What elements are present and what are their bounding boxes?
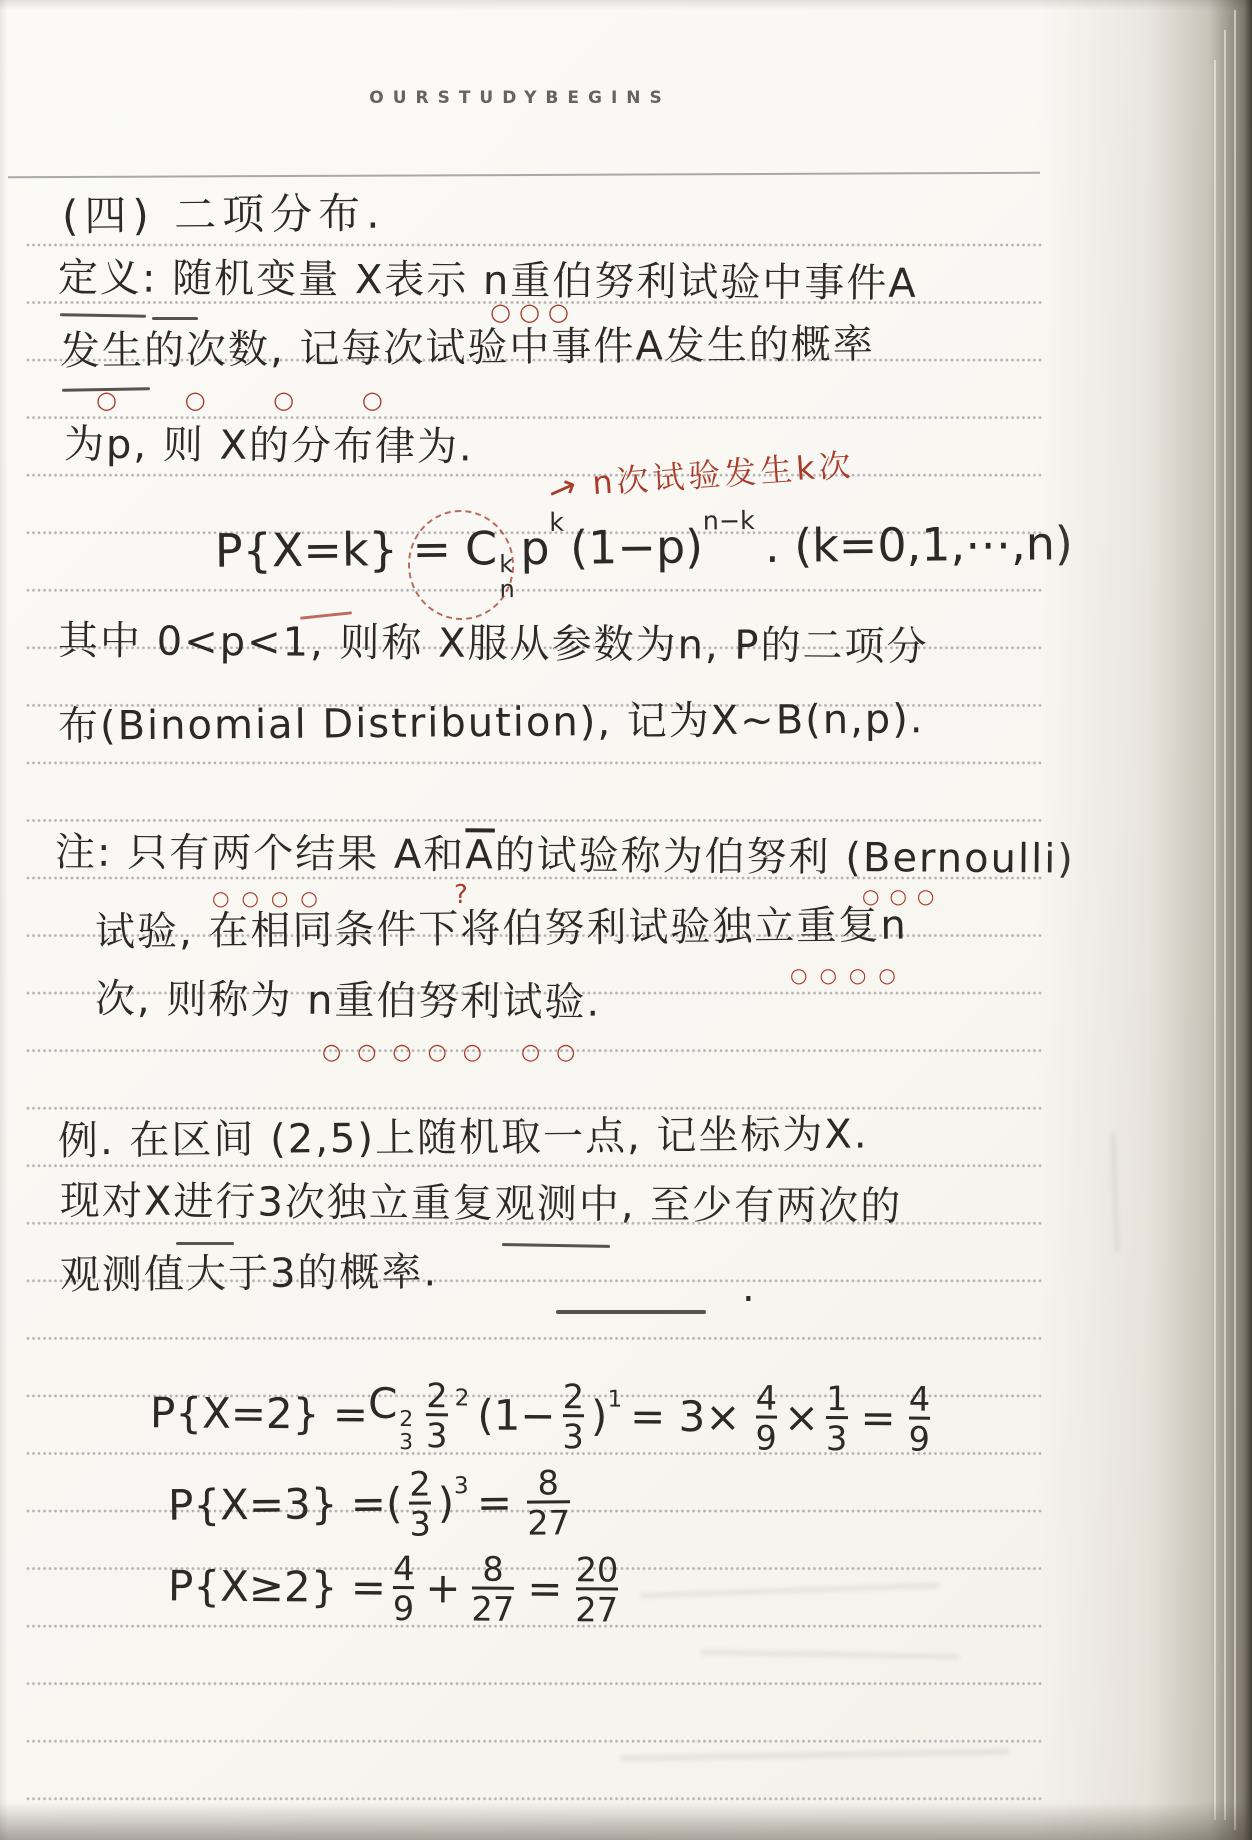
calc-line-px3: P{X=3} = ( 23 )3 = 827 — [168, 1466, 577, 1543]
red-circle-marks: ○○○○○ ○○ — [322, 1042, 591, 1064]
q-power: (1−p)n−k — [570, 517, 755, 578]
header-rule-line — [8, 172, 1040, 179]
binomial-pmf-formula: P{X=k} = Ckn pk (1−p)n−k . (k=0,1,⋯,n) — [215, 514, 1074, 605]
page-edge-line — [1234, 10, 1236, 1830]
fraction: 13 — [826, 1382, 848, 1455]
fraction: 827 — [471, 1553, 514, 1626]
remark-line-1: 注: 只有两个结果 A和A的试验称为伯努利 (Bernoulli) — [55, 826, 1075, 885]
fraction: 2027 — [575, 1553, 618, 1626]
fraction: 49 — [755, 1382, 777, 1455]
fraction: 49 — [908, 1383, 930, 1456]
hand-underline — [152, 317, 198, 320]
definition-line-1: 定义: 随机变量 X表示 n重伯努利试验中事件A — [58, 252, 918, 310]
remark-line-2: 试验, 在相同条件下将伯努利试验独立重复n — [95, 899, 908, 958]
body-line-2: 布(Binomial Distribution), 记为X~B(n,p). — [58, 693, 925, 753]
red-circle-marks: ○ ○ ○ ○ — [96, 388, 413, 412]
example-line-2: 现对X进行3次独立重复观测中, 至少有两次的 — [60, 1175, 903, 1233]
notebook-brand-header: OURSTUDYBEGINS — [0, 88, 1040, 108]
definition-line-3: 为p, 则 X的分布律为. — [64, 419, 474, 474]
formula-domain: . (k=0,1,⋯,n) — [765, 514, 1073, 576]
calc-line-px2: P{X=2} = C23 232 (1− 23 )1 = 3× 49 × 13 … — [150, 1375, 938, 1458]
combination-symbol: C23 — [368, 1377, 420, 1455]
red-circle-marks: ○○○○ — [790, 965, 908, 985]
top-edge-shadow — [0, 0, 1252, 10]
calc-line-pge2: P{X≥2} = 49 + 827 = 2027 — [168, 1550, 626, 1626]
section-title: (四) 二项分布. — [62, 187, 386, 244]
answer-blank-line — [556, 1310, 706, 1314]
fraction: 49 — [393, 1552, 415, 1625]
page-edge-shadow — [1037, 0, 1252, 1840]
example-line-3: 观测值大于3的概率. — [60, 1246, 439, 1301]
trailing-period: . — [742, 1262, 757, 1314]
left-edge-shadow — [0, 0, 8, 1840]
fraction: 827 — [527, 1466, 570, 1540]
notebook-page-photo: OURSTUDYBEGINS (四) 二项分布. 定义: 随机变量 X表示 n重… — [0, 0, 1252, 1840]
fraction: 23 — [409, 1467, 431, 1540]
p-power: pk — [520, 519, 564, 579]
fraction: 23 — [426, 1379, 448, 1452]
page-edge-line — [1224, 30, 1226, 1820]
body-line-1: 其中 0<p<1, 则称 X服从参数为n, P的二项分 — [58, 615, 929, 673]
bottom-edge-shadow — [0, 1802, 1252, 1840]
red-correction-marks: ○○○ — [490, 300, 577, 324]
page-edge-line — [1214, 60, 1216, 1820]
fraction: 23 — [562, 1380, 584, 1453]
complement-event-symbol: A — [465, 832, 495, 878]
remark-line-3: 次, 则称为 n重伯努利试验. — [95, 973, 602, 1029]
definition-line-2: 发生的次数, 记每次试验中事件A发生的概率 — [60, 318, 875, 377]
example-line-1: 例. 在区间 (2,5)上随机取一点, 记坐标为X. — [58, 1108, 869, 1167]
hand-underline — [176, 1242, 234, 1245]
